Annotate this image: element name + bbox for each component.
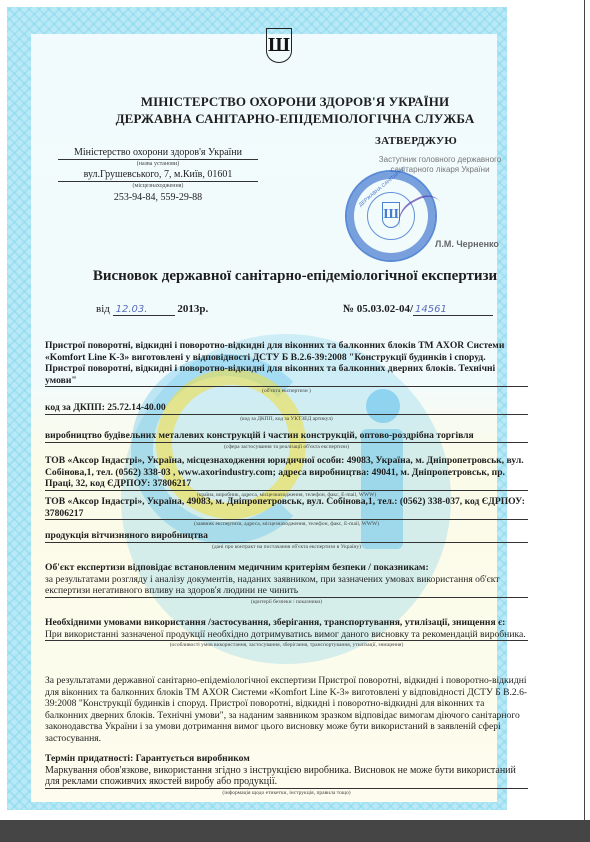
safety-caption: (критерії безпеки / показники)	[45, 598, 528, 607]
field-value: Пристрої поворотні, відкидні і поворотно…	[45, 340, 528, 387]
document-content: Ш МІНІСТЕРСТВО ОХОРОНИ ЗДОРОВ'Я УКРАЇНИ …	[0, 0, 590, 842]
ministry-header: МІНІСТЕРСТВО ОХОРОНИ ЗДОРОВ'Я УКРАЇНИ ДЕ…	[0, 93, 590, 127]
shelf-life-caption: (інформація щодо етикетки, інструкція, п…	[45, 789, 528, 798]
number-handwritten: 14561	[415, 304, 447, 315]
safety-section: Об'єкт експертизи відповідає встановлени…	[45, 562, 528, 607]
field-caption: (об'єкта експертизи )	[45, 387, 528, 396]
institution-address: вул.Грушевського, 7, м.Київ, 01601	[58, 169, 258, 182]
service-name: ДЕРЖАВНА САНІТАРНО-ЕПІДЕМІОЛОГІЧНА СЛУЖБ…	[0, 110, 590, 127]
field-value: продукція вітчизняного виробництва	[45, 530, 528, 543]
field-applicant: ТОВ «Аксор Індастрі», Україна, 49083, м.…	[45, 496, 528, 529]
shelf-life-heading: Термін придатності: Гарантується виробни…	[45, 753, 528, 765]
institution-block: Міністерство охорони здоров'я України (н…	[58, 147, 258, 205]
date-field: 12.03.	[113, 303, 175, 316]
ukraine-trident-icon: Ш	[266, 28, 292, 63]
position-line-1: Заступник головного державного	[355, 155, 525, 165]
field-caption: (дані про контракт на постачання об'єкта…	[45, 543, 528, 552]
field-value: ТОВ «Аксор Індастрі», Україна, 49083, м.…	[45, 496, 528, 520]
conclusion-section: За результатами державної санітарно-епід…	[45, 675, 528, 744]
field-value: виробництво будівельних металевих констр…	[45, 430, 528, 443]
safety-value: за результатами розгляду і аналізу докум…	[45, 574, 528, 598]
institution-name: Міністерство охорони здоров'я України	[58, 147, 258, 160]
field-caption: (заявник експертизи, адреса, місцезнаход…	[45, 520, 528, 529]
number-prefix: № 05.03.02-04/	[343, 303, 413, 315]
conclusion-text: За результатами державної санітарно-епід…	[45, 675, 528, 744]
signer-name: Л.М. Черненко	[435, 239, 499, 249]
date-year: 2013р.	[177, 303, 208, 315]
document-date: від 12.03. 2013р.	[96, 303, 208, 316]
field-scope: виробництво будівельних металевих констр…	[45, 430, 528, 452]
field-caption: (код за ДКПП, код за УКТЗЕД артикул)	[45, 415, 528, 424]
institution-name-caption: (назва установи)	[58, 160, 258, 169]
conditions-heading: Необхідними умовами використання /застос…	[45, 617, 528, 629]
institution-phones: 253-94-84, 559-29-88	[58, 191, 258, 205]
conditions-value: При використанні зазначеної продукції не…	[45, 629, 528, 642]
shelf-life-section: Термін придатності: Гарантується виробни…	[45, 753, 528, 798]
field-value: код за ДКПП: 25.72.14-40.00	[45, 402, 528, 415]
approval-heading: ЗАТВЕРДЖУЮ	[375, 135, 457, 147]
document-title: Висновок державної санітарно-епідеміолог…	[0, 268, 590, 285]
document-number: № 05.03.02-04/14561	[343, 303, 493, 316]
date-handwritten: 12.03.	[116, 304, 148, 315]
field-caption: (сфера застосування та реалізації об'єкт…	[45, 443, 528, 452]
institution-address-caption: (місцезнаходження)	[58, 182, 258, 191]
field-value: ТОВ «Аксор Індастрі», Україна, місцезнах…	[45, 455, 528, 491]
shelf-life-value: Маркування обов'язкове, використання згі…	[45, 765, 528, 789]
field-dkpp-code: код за ДКПП: 25.72.14-40.00 (код за ДКПП…	[45, 402, 528, 424]
field-expertise-object: Пристрої поворотні, відкидні і поворотно…	[45, 340, 528, 396]
conditions-section: Необхідними умовами використання /застос…	[45, 617, 528, 650]
ministry-name: МІНІСТЕРСТВО ОХОРОНИ ЗДОРОВ'Я УКРАЇНИ	[0, 93, 590, 110]
conditions-caption: (особливості умов використання, застосув…	[45, 641, 528, 650]
field-manufacturer: ТОВ «Аксор Індастрі», Україна, місцезнах…	[45, 455, 528, 500]
number-field: 14561	[413, 303, 493, 316]
safety-heading: Об'єкт експертизи відповідає встановлени…	[45, 562, 528, 574]
stamp-trident-icon: Ш	[382, 202, 400, 228]
field-contract: продукція вітчизняного виробництва (дані…	[45, 530, 528, 552]
date-prefix: від	[96, 303, 110, 315]
